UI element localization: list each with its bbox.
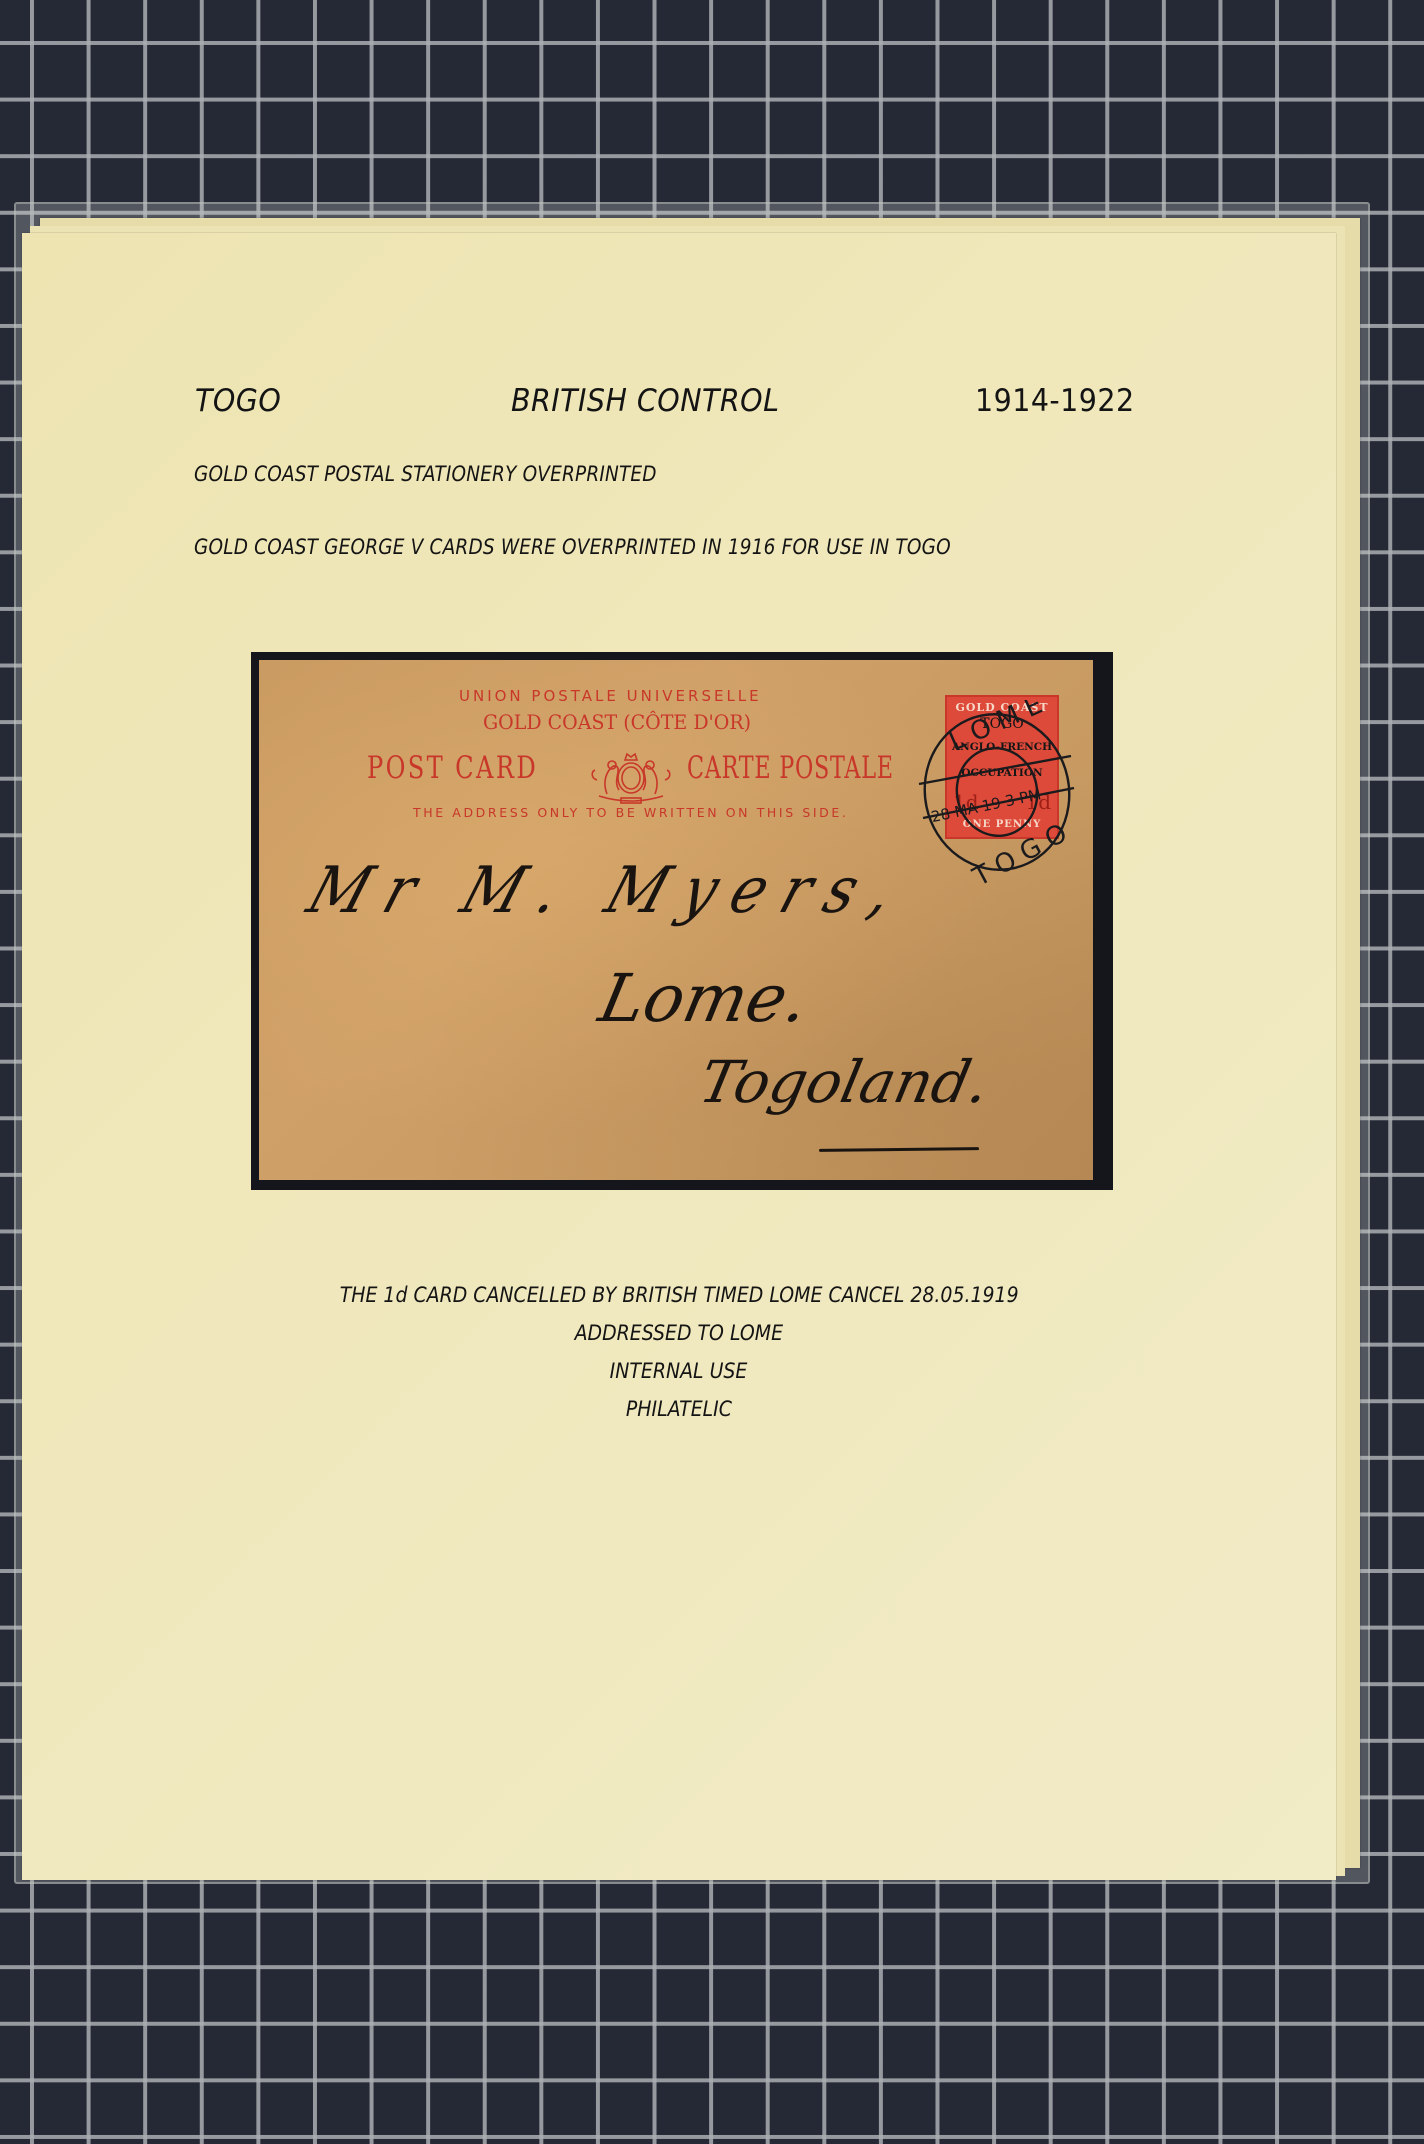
postcard-mount: UNION POSTALE UNIVERSELLE GOLD COAST (CÔ… [251,652,1113,1190]
page-title-country: TOGO [195,383,281,419]
stamp-value: 1d 1d [947,790,1057,814]
postcard-address-note: THE ADDRESS ONLY TO BE WRITTEN ON THIS S… [413,805,848,820]
postcard: UNION POSTALE UNIVERSELLE GOLD COAST (CÔ… [259,660,1093,1180]
stamp-value-right: 1d [1025,790,1051,814]
caption-line-4-text: PHILATELIC [626,1397,732,1421]
caption-line-2-text: ADDRESSED TO LOME [575,1321,783,1345]
subtitle-line-1: GOLD COAST POSTAL STATIONERY OVERPRINTED [194,462,657,486]
handwritten-address-line-1: Mr M. Myers, [299,854,919,928]
caption-line-1: THE 1d CARD CANCELLED BY BRITISH TIMED L… [22,1283,1336,1307]
imprinted-stamp: GOLD COAST TOGO ANGLO-FRENCH OCCUPATION … [945,695,1059,839]
stamp-country-label: GOLD COAST [947,701,1057,714]
stamp-overprint-togo: TOGO [947,716,1057,732]
caption-line-3-text: INTERNAL USE [610,1359,748,1383]
postcard-upu-line: UNION POSTALE UNIVERSELLE [459,687,762,705]
royal-coat-of-arms-icon [585,744,677,806]
caption-line-1-text: THE 1d CARD CANCELLED BY BRITISH TIMED L… [340,1283,1019,1307]
caption-line-2: ADDRESSED TO LOME [22,1321,1336,1345]
stamp-overprint-occupation: OCCUPATION [947,767,1057,779]
stamp-denomination-label: ONE PENNY [947,819,1057,830]
stamp-value-left: 1d [953,790,979,814]
handwritten-address-line-2: Lome. [593,960,816,1037]
postcard-issuer-line: GOLD COAST (CÔTE D'OR) [483,710,751,734]
album-page: TOGO BRITISH CONTROL 1914-1922 GOLD COAS… [22,233,1336,1880]
handwritten-address-line-3: Togoland. [694,1048,996,1116]
caption-line-3: INTERNAL USE [22,1359,1336,1383]
postcard-title-left: POST CARD [367,750,538,786]
caption-line-4: PHILATELIC [22,1397,1336,1421]
stamp-overprint-anglo-french: ANGLO-FRENCH [947,741,1057,753]
page-title-section: BRITISH CONTROL [511,383,779,419]
subtitle-line-2: GOLD COAST GEORGE V CARDS WERE OVERPRINT… [194,535,951,559]
handwritten-underline [819,1147,979,1152]
page-title-years: 1914-1922 [975,383,1135,419]
postcard-title-right: CARTE POSTALE [687,750,894,786]
